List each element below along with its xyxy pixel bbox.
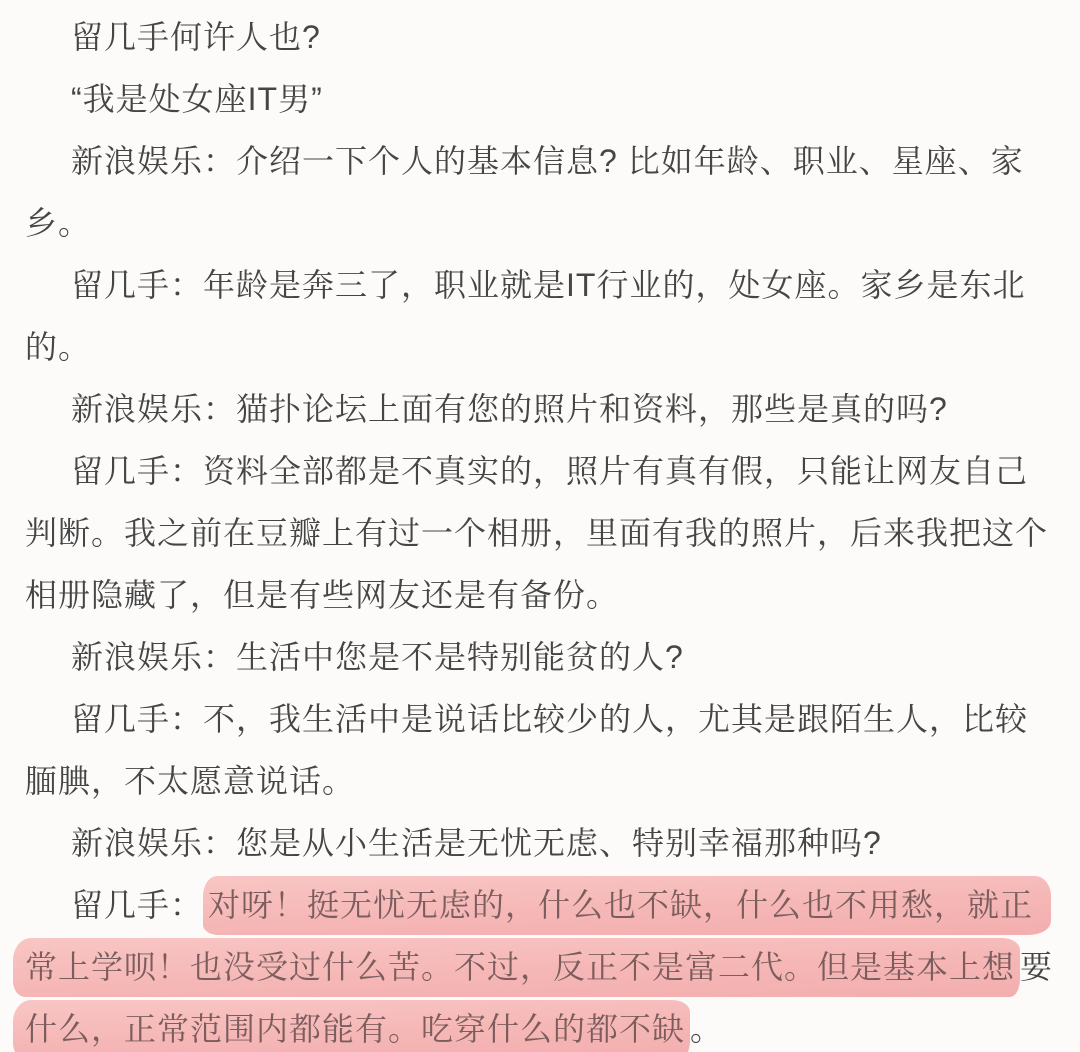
text-segment: 新浪娱乐：介绍一下个人的基本信息? 比如年龄、职业、星座、家 — [71, 143, 1024, 179]
text-line: 留几手：年龄是奔三了，职业就是IT行业的，处女座。家乡是东北 — [25, 254, 1056, 316]
text-line: 新浪娱乐：介绍一下个人的基本信息? 比如年龄、职业、星座、家 — [25, 130, 1056, 192]
text-segment: 判断。我之前在豆瓣上有过一个相册，里面有我的照片，后来我把这个 — [25, 515, 1048, 551]
text-line: 乡。 — [25, 192, 1056, 254]
text-segment: 腼腆，不太愿意说话。 — [25, 763, 355, 799]
highlighted-text: 对呀！挺无忧无虑的，什么也不缺，什么也不用愁，就正 — [203, 876, 1051, 935]
text-line: 新浪娱乐：猫扑论坛上面有您的照片和资料，那些是真的吗? — [25, 378, 1056, 440]
text-line: 常上学呗！也没受过什么苦。不过，反正不是富二代。但是基本上想要 — [25, 936, 1056, 998]
text-line: “我是处女座IT男” — [25, 68, 1056, 130]
text-segment: 相册隐藏了，但是有些网友还是有备份。 — [25, 577, 619, 613]
text-line: 腼腆，不太愿意说话。 — [25, 750, 1056, 812]
text-line: 什么，正常范围内都能有。吃穿什么的都不缺。 — [25, 998, 1056, 1052]
text-segment: 新浪娱乐：猫扑论坛上面有您的照片和资料，那些是真的吗? — [71, 391, 948, 427]
text-segment: 乡。 — [25, 205, 91, 241]
text-segment: 留几手何许人也? — [71, 19, 321, 55]
text-line: 的。 — [25, 316, 1056, 378]
text-segment: 留几手： — [71, 887, 203, 923]
text-line: 新浪娱乐：您是从小生活是无忧无虑、特别幸福那种吗? — [25, 812, 1056, 874]
text-line: 判断。我之前在豆瓣上有过一个相册，里面有我的照片，后来我把这个 — [25, 502, 1056, 564]
text-line: 相册隐藏了，但是有些网友还是有备份。 — [25, 564, 1056, 626]
highlighted-text: 常上学呗！也没受过什么苦。不过，反正不是富二代。但是基本上想 — [13, 938, 1020, 997]
text-line: 留几手何许人也? — [25, 6, 1056, 68]
text-line: 留几手：资料全部都是不真实的，照片有真有假，只能让网友自己 — [25, 440, 1056, 502]
text-segment: 新浪娱乐：生活中您是不是特别能贫的人? — [71, 639, 684, 675]
text-segment: 新浪娱乐：您是从小生活是无忧无虑、特别幸福那种吗? — [71, 825, 882, 861]
text-segment: 的。 — [25, 329, 91, 365]
highlighted-text: 什么，正常范围内都能有。吃穿什么的都不缺 — [13, 1000, 690, 1052]
article-body: 留几手何许人也?“我是处女座IT男”新浪娱乐：介绍一下个人的基本信息? 比如年龄… — [0, 0, 1080, 1052]
text-segment: “我是处女座IT男” — [71, 81, 323, 117]
text-segment: 留几手：资料全部都是不真实的，照片有真有假，只能让网友自己 — [71, 453, 1028, 489]
text-line: 新浪娱乐：生活中您是不是特别能贫的人? — [25, 626, 1056, 688]
text-segment: 留几手：不，我生活中是说话比较少的人，尤其是跟陌生人，比较 — [71, 701, 1028, 737]
text-segment: 要 — [1020, 949, 1053, 985]
text-line: 留几手：对呀！挺无忧无虑的，什么也不缺，什么也不用愁，就正 — [25, 874, 1056, 936]
text-line: 留几手：不，我生活中是说话比较少的人，尤其是跟陌生人，比较 — [25, 688, 1056, 750]
text-segment: 。 — [690, 1011, 723, 1047]
text-segment: 留几手：年龄是奔三了，职业就是IT行业的，处女座。家乡是东北 — [71, 267, 1025, 303]
